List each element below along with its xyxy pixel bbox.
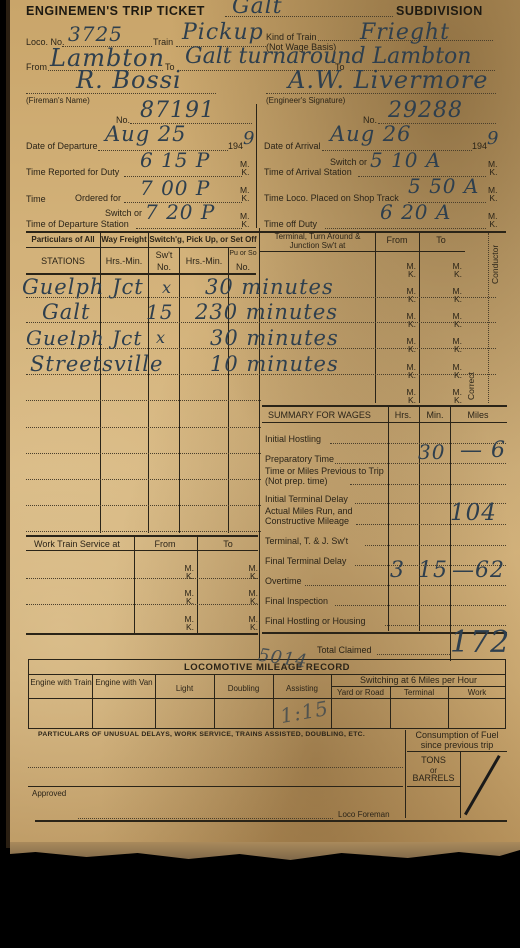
fuel-col-divider (460, 752, 461, 818)
switching-header: Switching at 6 Miles per Hour (331, 675, 506, 685)
mk-marker: M.K. (392, 312, 416, 328)
total-claimed-value: 172 (450, 625, 510, 660)
col-divider (179, 248, 180, 533)
kind-of-train-value: Frieght (360, 20, 450, 45)
time-reported-value: 6 15 P (140, 148, 210, 172)
fuel-consumption-label: Consumption of Fuel since previous trip (407, 730, 507, 750)
summary-overtime-min: 15 (418, 558, 448, 583)
mk-marker: M.K. (240, 212, 249, 228)
station-row-1-name: Guelph Jct (22, 275, 144, 299)
station-row-4-name: Streetsville (30, 352, 163, 376)
station-row-2-name: Galt (42, 300, 90, 324)
time-off-duty-value: 6 20 A (380, 200, 451, 224)
summary-row-line (365, 545, 506, 546)
work-train-col-divider (134, 536, 135, 633)
summary-col-min: Min. (420, 410, 450, 420)
fuel-rule (407, 751, 507, 752)
mk-marker: M.K. (438, 287, 462, 303)
mileage-header-rule (28, 698, 506, 699)
header-switching: Switch'g, Pick Up, or Set Off (148, 235, 258, 244)
date-arrival-label: Date of Arrival (264, 141, 321, 151)
mk-marker: M.K. (170, 564, 194, 580)
date-departure-label: Date of Departure (26, 141, 98, 151)
station-row-3-time: 30 minutes (210, 326, 339, 350)
switch-or-label-left: Switch or (105, 208, 142, 218)
mileage-col-divider (155, 674, 156, 729)
total-line (377, 654, 450, 655)
work-train-row-line (26, 578, 258, 579)
train-value: Pickup (182, 20, 264, 45)
particulars-rule (28, 786, 403, 787)
time-label: Time (26, 194, 46, 204)
mileage-col-engine-with-van: Engine with Van (93, 678, 155, 687)
header-stations: STATIONS (26, 256, 100, 266)
header-pu-no: No. (229, 262, 257, 272)
mk-marker: M.K. (234, 589, 258, 605)
time-off-duty-label: Time off Duty (264, 219, 317, 229)
header-pu: Pu or So (229, 250, 257, 257)
conductor-label: Conductor (490, 234, 500, 284)
approved-line (78, 818, 333, 819)
shop-track-label: Time Loco. Placed on Shop Track (264, 193, 399, 203)
summary-label-overtime: Overtime (265, 576, 302, 586)
mk-marker: M.K. (170, 615, 194, 631)
barrels-label: BARRELS (407, 773, 460, 783)
work-train-header-to: To (198, 539, 258, 549)
summary-overtime-hrs: 3 (390, 558, 405, 583)
mk-marker: M.K. (234, 615, 258, 631)
mileage-col-divider (273, 674, 274, 729)
work-train-col-divider (197, 536, 198, 633)
shop-track-value: 5 50 A (408, 174, 479, 198)
time-arrival-label: Time of Arrival Station (264, 167, 352, 177)
ordered-for-label: Ordered for (75, 193, 121, 203)
mk-marker: M.K. (438, 262, 462, 278)
row-line (26, 531, 261, 532)
summary-actual-miles-value: 104 (450, 500, 497, 526)
departure-line (136, 228, 242, 229)
conductor-divider (488, 233, 489, 403)
summary-label-terminal-tj: Terminal, T. & J. Sw't (265, 536, 348, 546)
summary-title: SUMMARY FOR WAGES (268, 410, 371, 420)
summary-row-line (335, 605, 506, 606)
subdivision-label: SUBDIVISION (396, 4, 483, 18)
tons-label: TONS (407, 755, 460, 765)
summary-row-line (350, 484, 506, 485)
header-terminal: Terminal, Turn Around & Junction Sw't at (260, 232, 375, 250)
total-claimed-label: Total Claimed (317, 645, 372, 655)
engineer-signature-value: A.W. Livermore (288, 66, 488, 94)
summary-header-rule (262, 422, 507, 423)
summary-preparatory-min: 30 (418, 440, 445, 464)
fireman-name-label: (Fireman's Name) (26, 96, 90, 105)
work-train-header-rule (26, 550, 258, 551)
work-train-header-service: Work Train Service at (34, 539, 120, 549)
col-divider (419, 233, 420, 403)
mk-marker: M.K. (392, 363, 416, 379)
station-row-1-mark: x (162, 278, 172, 297)
summary-label-initial-terminal-delay: Initial Terminal Delay (265, 494, 348, 504)
summary-label-final-terminal-delay: Final Terminal Delay (265, 556, 346, 566)
summary-top-rule (262, 405, 507, 407)
station-row-3-name: Guelph Jct (26, 326, 142, 350)
row-line (26, 479, 261, 480)
mk-marker: M.K. (240, 160, 249, 176)
mk-marker: M.K. (240, 186, 249, 202)
center-divider (256, 104, 257, 228)
mk-marker: M.K. (438, 337, 462, 353)
summary-row-line (305, 585, 506, 586)
header-particulars: Particulars of All (26, 235, 100, 244)
header-rule (260, 251, 465, 252)
mk-marker: M.K. (438, 312, 462, 328)
fireman-no-value: 87191 (140, 98, 215, 123)
ordered-for-value: 7 00 P (140, 176, 210, 200)
bottom-rule (35, 820, 507, 822)
row-line (26, 400, 261, 401)
date-departure-value: Aug 25 (105, 122, 187, 146)
row-line (26, 427, 261, 428)
fireman-name-value: R. Bossi (76, 66, 182, 94)
kind-of-train-label: Kind of Train (266, 32, 317, 42)
time-departure-value: 7 20 P (145, 200, 215, 224)
header-to: To (420, 235, 462, 245)
summary-label-final-hostling: Final Hostling or Housing (265, 616, 366, 626)
mileage-col-assisting: Assisting (273, 684, 331, 693)
particulars-line (28, 767, 403, 768)
row-line (26, 453, 261, 454)
off-duty-line (325, 228, 486, 229)
particulars-label: PARTICULARS OF UNUSUAL DELAYS, WORK SERV… (38, 731, 365, 738)
from-label: From (26, 62, 47, 72)
document-title: ENGINEMEN'S TRIP TICKET (26, 4, 205, 18)
year-prefix-left: 194 (228, 141, 243, 151)
loco-foreman-label: Loco Foreman (338, 810, 390, 819)
station-row-2-time: 230 minutes (195, 300, 338, 324)
work-train-top-rule (26, 535, 258, 537)
header-hrs-min-2: Hrs.-Min. (180, 256, 228, 266)
tons-rule (407, 786, 460, 787)
engineer-signature-label: (Engineer's Signature) (266, 96, 345, 105)
fuel-divider (405, 730, 406, 818)
station-row-4-time: 10 minutes (210, 352, 339, 376)
row-line (26, 505, 261, 506)
loco-no-value: 3725 (68, 22, 123, 46)
summary-label-final-inspection: Final Inspection (265, 596, 328, 606)
header-hrs-min: Hrs.-Min. (100, 256, 148, 266)
col-divider (148, 233, 149, 533)
mk-marker: M.K. (392, 388, 416, 404)
mk-marker: M.K. (392, 262, 416, 278)
year-suffix-left: 9 (243, 128, 255, 149)
summary-label-initial-hostling: Initial Hostling (265, 434, 321, 444)
time-departure-label: Time of Departure Station (26, 219, 129, 229)
engineer-no-value: 29288 (388, 98, 463, 123)
summary-overtime-miles: —62 (452, 558, 505, 583)
mileage-col-light: Light (155, 684, 214, 693)
mk-marker: M.K. (392, 337, 416, 353)
station-row-2-way-freight: 15 (146, 300, 173, 324)
mk-marker: M.K. (392, 287, 416, 303)
date-arrival-value: Aug 26 (330, 122, 412, 146)
summary-preparatory-miles: — 6 (460, 438, 506, 463)
subdivision-value: Galt (232, 0, 283, 19)
header-swt-no: No. (150, 262, 178, 272)
header-swt: Sw't (150, 250, 178, 260)
mileage-col-divider (214, 674, 215, 729)
approved-label: Approved (32, 789, 66, 798)
mileage-col-engine-with-train: Engine with Train (30, 678, 92, 687)
col-divider (375, 233, 376, 403)
mk-marker: M.K. (438, 388, 462, 404)
summary-col-hrs: Hrs. (388, 410, 418, 420)
correct-label: Correct (466, 360, 476, 400)
year-prefix-right: 194 (472, 141, 487, 151)
summary-label-previous-trip: Time or Miles Previous to Trip (Not prep… (265, 466, 385, 486)
time-reported-label: Time Reported for Duty (26, 167, 119, 177)
summary-label-actual-miles: Actual Miles Run, and Constructive Milea… (265, 506, 390, 526)
station-row-3-mark: x (156, 328, 166, 347)
header-rule (26, 247, 256, 248)
mileage-col-doubling: Doubling (214, 684, 273, 693)
summary-label-preparatory: Preparatory Time (265, 454, 334, 464)
mileage-col-work: Work (448, 688, 506, 697)
station-row-1-time: 30 minutes (205, 275, 334, 299)
mk-marker: M.K. (234, 564, 258, 580)
mk-marker: M.K. (438, 363, 462, 379)
mk-marker: M.K. (488, 212, 497, 228)
switch-or-label-right: Switch or (330, 157, 367, 167)
header-from: From (376, 235, 418, 245)
work-train-bottom-rule (26, 633, 258, 635)
mk-marker: M.K. (488, 160, 497, 176)
header-way-freight: Way Freight (100, 235, 148, 244)
mileage-col-yard-or-road: Yard or Road (331, 688, 390, 697)
mk-marker: M.K. (488, 186, 497, 202)
mileage-col-terminal: Terminal (390, 688, 448, 697)
summary-col-miles: Miles (450, 410, 506, 420)
year-suffix-right: 9 (487, 128, 499, 149)
work-train-row-line (26, 604, 258, 605)
summary-col-divider (450, 406, 451, 661)
mk-marker: M.K. (170, 589, 194, 605)
work-train-header-from: From (135, 539, 195, 549)
mileage-col-divider (331, 674, 332, 729)
time-arrival-value: 5 10 A (370, 148, 441, 172)
switching-rule (331, 686, 506, 687)
